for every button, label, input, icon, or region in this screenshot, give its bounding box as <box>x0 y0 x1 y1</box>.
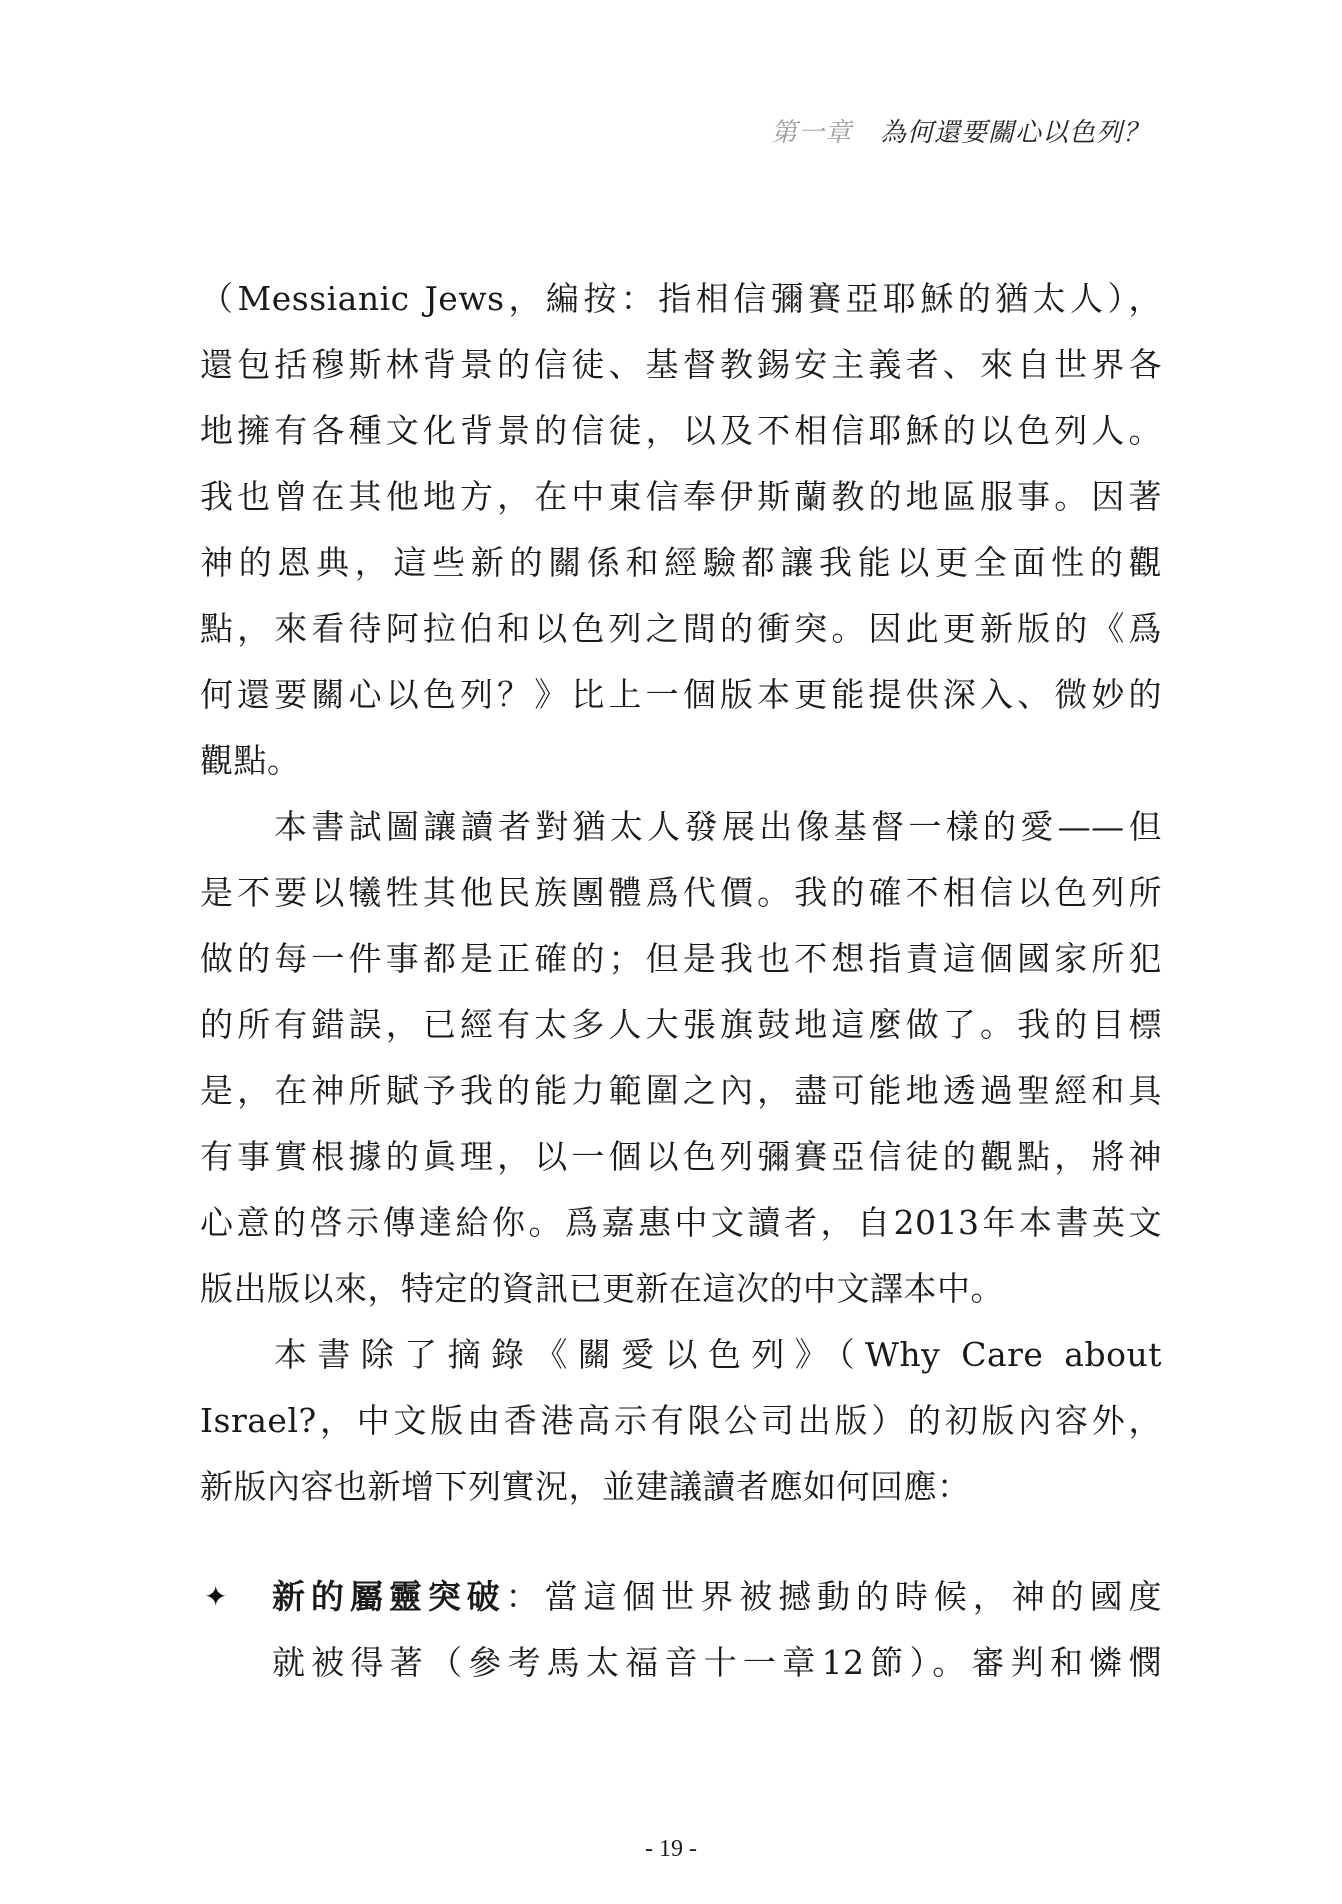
paragraph-3: 本書除了摘錄《關愛以色列》（Why Care about Israel?，中文版… <box>200 1322 1162 1520</box>
page-number: - 19 - <box>0 1836 1342 1863</box>
star-bullet-icon: ✦ <box>204 1564 227 1630</box>
text-line: 是，在神所賦予我的能力範圍之內，盡可能地透過聖經和具 <box>200 1058 1162 1124</box>
text-line: Israel?，中文版由香港高示有限公司出版）的初版內容外， <box>200 1388 1162 1454</box>
text-line: 新版內容也新增下列實況，並建議讀者應如何回應： <box>200 1454 1162 1520</box>
text-line: 有事實根據的眞理，以一個以色列彌賽亞信徒的觀點，將神 <box>200 1124 1162 1190</box>
bullet-text: ：當這個世界被撼動的時候，神的國度 <box>506 1577 1162 1616</box>
paragraph-2: 本書試圖讓讀者對猶太人發展出像基督一樣的愛——但 是不要以犧牲其他民族團體爲代價… <box>200 794 1162 1322</box>
bullet-heading: 新的屬靈突破 <box>272 1577 506 1616</box>
text-line: 還包括穆斯林背景的信徒、基督教錫安主義者、來自世界各 <box>200 332 1162 398</box>
text-line: 心意的啓示傳達給你。爲嘉惠中文讀者，自2013年本書英文 <box>200 1190 1162 1256</box>
body-text: （Messianic Jews，編按：指相信彌賽亞耶穌的猶太人）， 還包括穆斯林… <box>200 266 1162 1696</box>
text-line: 本書除了摘錄《關愛以色列》（Why Care about <box>200 1322 1162 1388</box>
chapter-label: 第一章 <box>771 118 852 148</box>
text-line: 我也曾在其他地方，在中東信奉伊斯蘭教的地區服事。因著 <box>200 464 1162 530</box>
text-line: 做的每一件事都是正確的；但是我也不想指責這個國家所犯 <box>200 926 1162 992</box>
text-line: （Messianic Jews，編按：指相信彌賽亞耶穌的猶太人）， <box>200 266 1162 332</box>
section-gap <box>200 1520 1162 1564</box>
text-line: 觀點。 <box>200 728 1162 794</box>
bullet-line: 新的屬靈突破：當這個世界被撼動的時候，神的國度 <box>272 1564 1162 1630</box>
text-line: 版出版以來，特定的資訊已更新在這次的中文譯本中。 <box>200 1256 1162 1322</box>
text-line: 何還要關心以色列？》比上一個版本更能提供深入、微妙的 <box>200 662 1162 728</box>
text-line: 是不要以犧牲其他民族團體爲代價。我的確不相信以色列所 <box>200 860 1162 926</box>
running-header: 第一章為何還要關心以色列？ <box>771 112 1150 149</box>
text-line: 地擁有各種文化背景的信徒，以及不相信耶穌的以色列人。 <box>200 398 1162 464</box>
text-line: 的所有錯誤，已經有太多人大張旗鼓地這麼做了。我的目標 <box>200 992 1162 1058</box>
text-line: 點，來看待阿拉伯和以色列之間的衝突。因此更新版的《爲 <box>200 596 1162 662</box>
paragraph-1: （Messianic Jews，編按：指相信彌賽亞耶穌的猶太人）， 還包括穆斯林… <box>200 266 1162 794</box>
chapter-title: 為何還要關心以色列？ <box>880 118 1150 148</box>
text-line: 本書試圖讓讀者對猶太人發展出像基督一樣的愛——但 <box>200 794 1162 860</box>
bullet-item: ✦ 新的屬靈突破：當這個世界被撼動的時候，神的國度 就被得著（參考馬太福音十一章… <box>200 1564 1162 1696</box>
bullet-line: 就被得著（參考馬太福音十一章12節）。審判和憐憫 <box>272 1630 1162 1696</box>
text-line: 神的恩典，這些新的關係和經驗都讓我能以更全面性的觀 <box>200 530 1162 596</box>
